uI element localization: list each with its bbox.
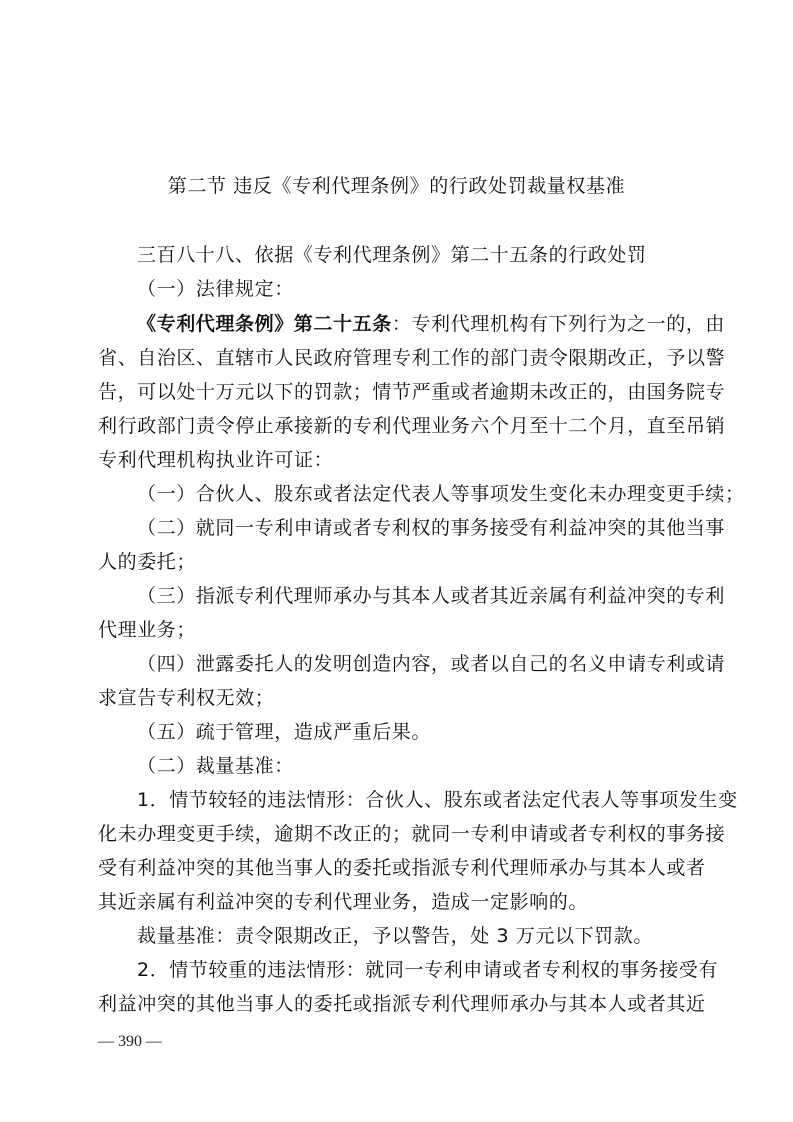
page-number: — 390 — bbox=[98, 1033, 162, 1051]
violation-item-3-cont: 代理业务； bbox=[98, 618, 698, 642]
criteria-1-line-1: 1．情节较轻的违法情形：合伙人、股东或者法定代表人等事项发生变 bbox=[137, 788, 698, 812]
regulation-line-5: 专利代理机构执业许可证： bbox=[98, 448, 698, 472]
criteria-1-line-2: 化未办理变更手续，逾期不改正的；就同一专利申请或者专利权的事务接 bbox=[98, 822, 698, 846]
regulation-line-1: 《专利代理条例》第二十五条：专利代理机构有下列行为之一的，由 bbox=[137, 312, 698, 336]
violation-item-3: （三）指派专利代理师承办与其本人或者其近亲属有利益冲突的专利 bbox=[137, 584, 698, 608]
violation-item-4: （四）泄露委托人的发明创造内容，或者以自己的名义申请专利或请 bbox=[137, 652, 698, 676]
discretion-heading: （二）裁量基准： bbox=[137, 754, 698, 778]
criteria-1-line-3: 受有利益冲突的其他当事人的委托或指派专利代理师承办与其本人或者 bbox=[98, 856, 698, 880]
violation-item-2-cont: 人的委托； bbox=[98, 550, 698, 574]
regulation-line-4: 利行政部门责令停止承接新的专利代理业务六个月至十二个月，直至吊销 bbox=[98, 414, 698, 438]
regulation-line-2: 省、自治区、直辖市人民政府管理专利工作的部门责令限期改正，予以警 bbox=[98, 346, 698, 370]
regulation-bold-lead: 《专利代理条例》第二十五条 bbox=[137, 313, 392, 335]
violation-item-2: （二）就同一专利申请或者专利权的事务接受有利益冲突的其他当事 bbox=[137, 516, 698, 540]
article-heading: 三百八十八、依据《专利代理条例》第二十五条的行政处罚 bbox=[137, 243, 698, 267]
violation-item-4-cont: 求宣告专利权无效； bbox=[98, 686, 698, 710]
criteria-1-line-4: 其近亲属有利益冲突的专利代理业务，造成一定影响的。 bbox=[98, 890, 698, 914]
regulation-line-3: 告，可以处十万元以下的罚款；情节严重或者逾期未改正的，由国务院专 bbox=[98, 380, 698, 404]
regulation-text: ：专利代理机构有下列行为之一的，由 bbox=[392, 313, 725, 335]
criteria-2-line-1: 2．情节较重的违法情形：就同一专利申请或者专利权的事务接受有 bbox=[137, 958, 698, 982]
criteria-1-standard: 裁量基准：责令限期改正，予以警告，处 3 万元以下罚款。 bbox=[137, 924, 698, 948]
criteria-2-line-2: 利益冲突的其他当事人的委托或指派专利代理师承办与其本人或者其近 bbox=[98, 992, 698, 1016]
legal-provisions-heading: （一）法律规定： bbox=[137, 277, 698, 301]
section-title: 第二节 违反《专利代理条例》的行政处罚裁量权基准 bbox=[0, 174, 793, 198]
violation-item-1: （一）合伙人、股东或者法定代表人等事项发生变化未办理变更手续； bbox=[137, 482, 698, 506]
violation-item-5: （五）疏于管理，造成严重后果。 bbox=[137, 720, 698, 744]
